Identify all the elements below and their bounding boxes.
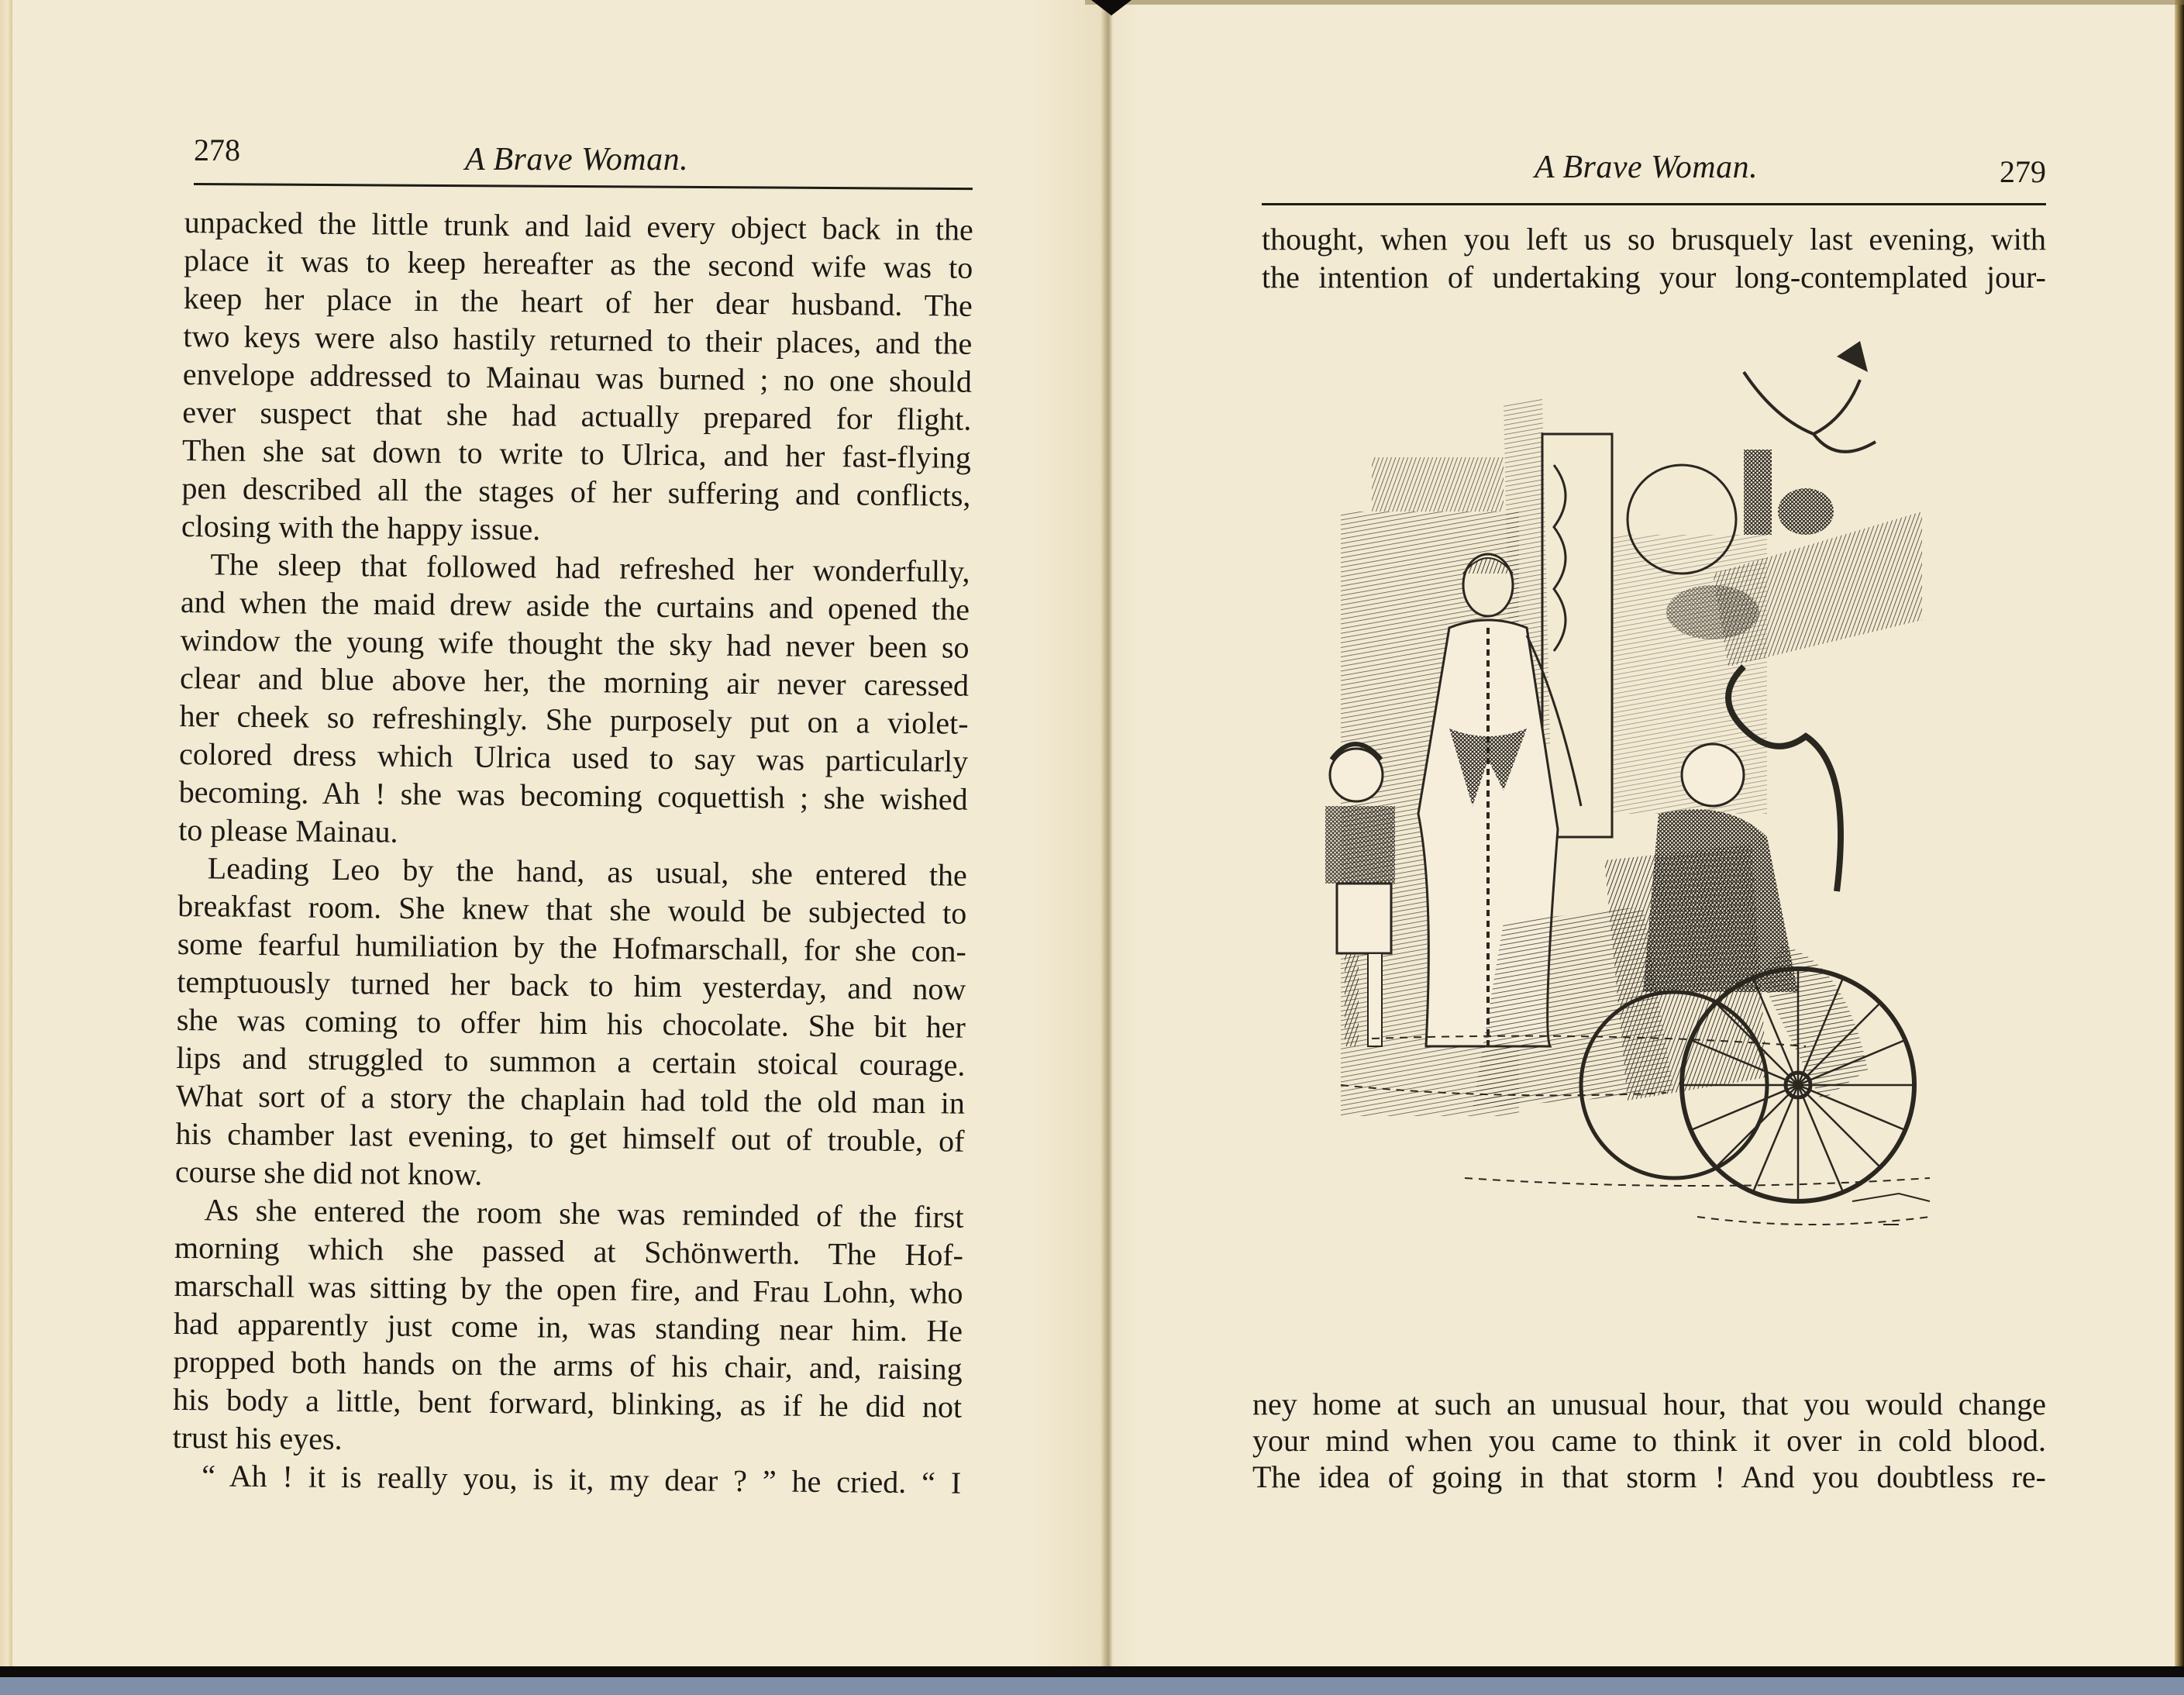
- text-line: your mind when you came to think it over…: [1252, 1422, 2046, 1459]
- book-bottom-edge: [0, 1666, 2184, 1677]
- right-bottom-text: ney home at such an unusual hour, that y…: [1252, 1386, 2046, 1495]
- paragraph: “ Ah ! it is really you, is it, my dear …: [172, 1456, 961, 1502]
- paragraph: unpacked the little trunk and laid every…: [181, 203, 973, 553]
- right-page-number: 279: [2000, 153, 2046, 191]
- left-body-text: unpacked the little trunk and laid every…: [172, 203, 973, 1502]
- right-header-rule: [1262, 203, 2046, 205]
- left-page-number: 278: [194, 132, 240, 169]
- text-line: the intention of undertaking your long-c…: [1262, 258, 2046, 296]
- text-line: The idea of going in that storm ! And yo…: [1252, 1459, 2046, 1495]
- engraving-illustration: [1310, 341, 2007, 1372]
- left-header-rule: [194, 183, 973, 190]
- right-running-title: A Brave Woman.: [1535, 149, 1758, 186]
- text-line: “ Ah ! it is really you, is it, my dear …: [172, 1456, 961, 1502]
- text-line: thought, when you left us so brusquely l…: [1262, 220, 2046, 258]
- right-top-text: thought, when you left us so brusquely l…: [1262, 220, 2046, 296]
- illustration-art: [1310, 341, 2007, 1372]
- paragraph: As she entered the room she was reminded…: [172, 1190, 963, 1464]
- text-line: ney home at such an unusual hour, that y…: [1252, 1386, 2046, 1422]
- paragraph: Leading Leo by the hand, as usual, she e…: [175, 849, 967, 1198]
- left-running-title: A Brave Woman.: [465, 141, 688, 178]
- paragraph: The sleep that followed had refreshed he…: [178, 545, 970, 856]
- left-page: 278 A Brave Woman. unpacked the little t…: [0, 0, 1101, 1666]
